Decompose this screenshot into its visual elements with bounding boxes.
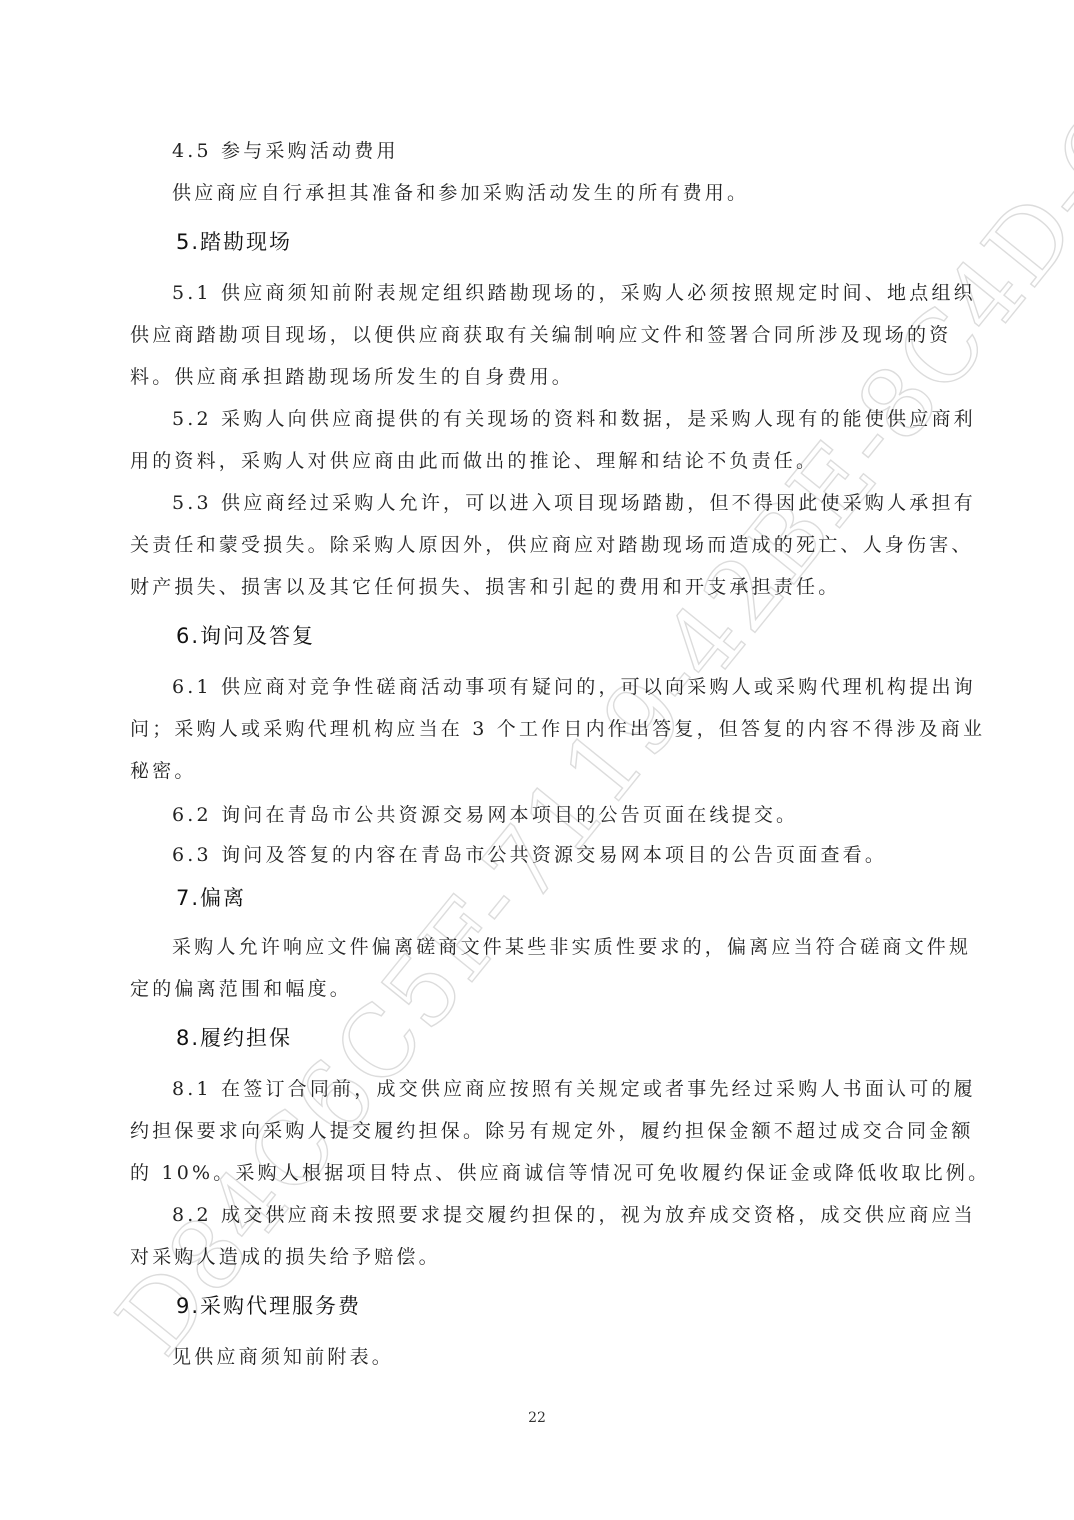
paragraph-5-1-line-3: 料。供应商承担踏勘现场所发生的自身费用。 (130, 365, 574, 389)
paragraph-6-1-line-3: 秘密。 (130, 759, 197, 783)
heading-7: 7.偏离 (176, 885, 246, 911)
paragraph-8-1-line-2: 约担保要求向采购人提交履约担保。除另有规定外，履约担保金额不超过成交合同金额 (130, 1119, 974, 1143)
paragraph-7-line-2: 定的偏离范围和幅度。 (130, 977, 352, 1001)
paragraph-9: 见供应商须知前附表。 (172, 1345, 394, 1369)
paragraph-4-5: 供应商应自行承担其准备和参加采购活动发生的所有费用。 (172, 181, 749, 205)
paragraph-5-1-line-2: 供应商踏勘项目现场，以便供应商获取有关编制响应文件和签署合同所涉及现场的资 (130, 323, 951, 347)
paragraph-8-1-line-3: 的 10%。采购人根据项目特点、供应商诚信等情况可免收履约保证金或降低收取比例。 (130, 1161, 990, 1185)
paragraph-8-2-line-2: 对采购人造成的损失给予赔偿。 (130, 1245, 441, 1269)
paragraph-5-3-line-2: 关责任和蒙受损失。除采购人原因外，供应商应对踏勘现场而造成的死亡、人身伤害、 (130, 533, 974, 557)
paragraph-7-line-1: 采购人允许响应文件偏离磋商文件某些非实质性要求的，偏离应当符合磋商文件规 (172, 935, 971, 959)
heading-5: 5.踏勘现场 (176, 229, 292, 255)
watermark: D84C6C5F-7119-42BE-8C4D-CC67952DAAA (96, 217, 1064, 1375)
paragraph-6-1-line-1: 6.1 供应商对竞争性磋商活动事项有疑问的，可以向采购人或采购代理机构提出询 (172, 675, 976, 699)
paragraph-5-3-line-1: 5.3 供应商经过采购人允许，可以进入项目现场踏勘，但不得因此使采购人承担有 (172, 491, 976, 515)
paragraph-8-2-line-1: 8.2 成交供应商未按照要求提交履约担保的，视为放弃成交资格，成交供应商应当 (172, 1203, 976, 1227)
paragraph-5-2-line-2: 用的资料，采购人对供应商由此而做出的推论、理解和结论不负责任。 (130, 449, 818, 473)
page-number: 22 (0, 1410, 1074, 1426)
paragraph-6-3: 6.3 询问及答复的内容在青岛市公共资源交易网本项目的公告页面查看。 (172, 843, 887, 867)
heading-8: 8.履约担保 (176, 1025, 292, 1051)
paragraph-5-2-line-1: 5.2 采购人向供应商提供的有关现场的资料和数据，是采购人现有的能使供应商利 (172, 407, 976, 431)
paragraph-5-3-line-3: 财产损失、损害以及其它任何损失、损害和引起的费用和开支承担责任。 (130, 575, 840, 599)
paragraph-6-2: 6.2 询问在青岛市公共资源交易网本项目的公告页面在线提交。 (172, 803, 798, 827)
subheading-4-5: 4.5 参与采购活动费用 (172, 139, 399, 163)
heading-6: 6.询问及答复 (176, 623, 315, 649)
paragraph-8-1-line-1: 8.1 在签订合同前，成交供应商应按照有关规定或者事先经过采购人书面认可的履 (172, 1077, 976, 1101)
heading-9: 9.采购代理服务费 (176, 1293, 361, 1319)
paragraph-6-1-line-2: 问；采购人或采购代理机构应当在 3 个工作日内作出答复，但答复的内容不得涉及商业 (130, 717, 985, 741)
document-page: D84C6C5F-7119-42BE-8C4D-CC67952DAAA 4.5 … (0, 0, 1074, 1520)
paragraph-5-1-line-1: 5.1 供应商须知前附表规定组织踏勘现场的，采购人必须按照规定时间、地点组织 (172, 281, 976, 305)
